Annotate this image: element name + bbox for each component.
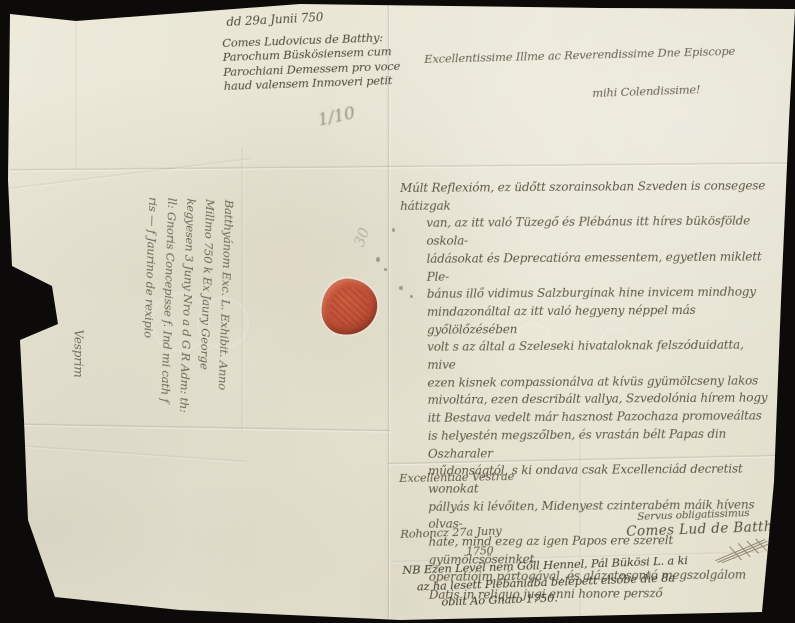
salutation-line1: Excellentissime Illme ac Reverendissime …	[424, 44, 735, 66]
body-line: van, az itt való Tüzegő és Plébánus itt …	[400, 213, 772, 251]
body-line: mindazonáltal az itt való hegyeny néppel…	[401, 301, 773, 339]
archival-number: 1/10	[316, 103, 357, 130]
body-line: Múlt Reflexióm, ez üdőtt szorainsokban S…	[400, 177, 772, 215]
docket-note: Comes Ludovicus de Batthy: Parochum Büsk…	[222, 29, 414, 93]
fold-crease-vertical-main	[387, 4, 391, 618]
seal-scribble: 30	[350, 225, 373, 249]
ink-speck	[392, 228, 395, 232]
place-date-year: 1750	[466, 544, 494, 558]
ink-speck	[384, 268, 387, 271]
body-line: bánus illő vidimus Salzburginak hine inv…	[401, 284, 773, 304]
letter-photograph: dd 29a Junii 750 Comes Ludovicus de Batt…	[0, 0, 795, 623]
body-line: ládásokat és Deprecatióra emessentem, eg…	[400, 248, 772, 286]
salutation-line2: mihi Colendissime!	[592, 82, 701, 100]
address-panel-side-word: Vesprim	[58, 330, 86, 425]
red-wax-seal	[318, 275, 380, 338]
fold-crease-vertical-midleft	[241, 148, 245, 433]
docket-date: dd 29a Junii 750	[226, 10, 323, 29]
fold-crease-vertical-topleft	[75, 14, 79, 169]
body-line: volt s az által a Szeleseki hivataloknak…	[401, 337, 773, 375]
fold-crease-diagonal-lowleft	[16, 444, 246, 464]
letter-paper: dd 29a Junii 750 Comes Ludovicus de Batt…	[0, 0, 795, 623]
valediction: Excellentiae Vestrae	[399, 469, 514, 485]
address-panel: Batthyánom Exc. L. Exhibit. Anno Millmo …	[84, 195, 239, 422]
fold-crease-horizontal-top	[10, 162, 792, 173]
body-line: is helyestén megszőlben, és vrastán bélt…	[402, 425, 774, 463]
ink-speck	[376, 257, 380, 262]
fold-crease-diagonal-topleft	[9, 157, 253, 191]
